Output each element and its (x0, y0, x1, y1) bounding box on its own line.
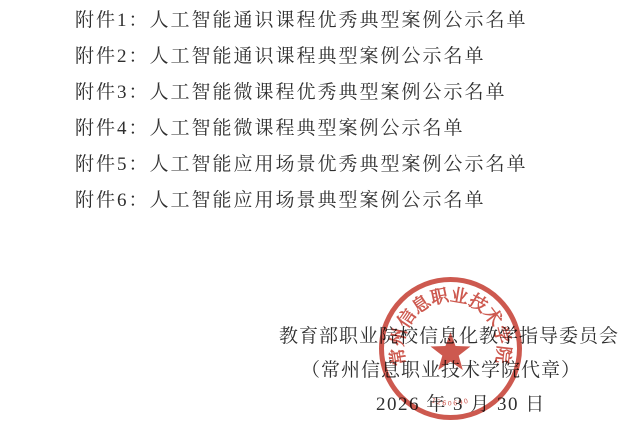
attachment-line-4: 附件4：人工智能微课程典型案例公示名单 (75, 111, 528, 147)
seal-star-icon (431, 332, 471, 370)
attachment-line-3: 附件3：人工智能微课程优秀典型案例公示名单 (75, 75, 528, 111)
seal-code-text: 1260690 (431, 396, 471, 407)
attachment-line-6: 附件6：人工智能应用场景典型案例公示名单 (75, 183, 528, 219)
seal-code-textpath: 1260690 (431, 396, 471, 407)
attachment-line-2: 附件2：人工智能通识课程典型案例公示名单 (75, 39, 528, 75)
attachment-list: 附件1：人工智能通识课程优秀典型案例公示名单 附件2：人工智能通识课程典型案例公… (75, 3, 528, 219)
official-seal: 常州信息职业技术学院 1260690 (377, 275, 524, 422)
attachment-line-1: 附件1：人工智能通识课程优秀典型案例公示名单 (75, 3, 528, 39)
document-page: 附件1：人工智能通识课程优秀典型案例公示名单 附件2：人工智能通识课程典型案例公… (0, 0, 640, 434)
attachment-line-5: 附件5：人工智能应用场景优秀典型案例公示名单 (75, 147, 528, 183)
